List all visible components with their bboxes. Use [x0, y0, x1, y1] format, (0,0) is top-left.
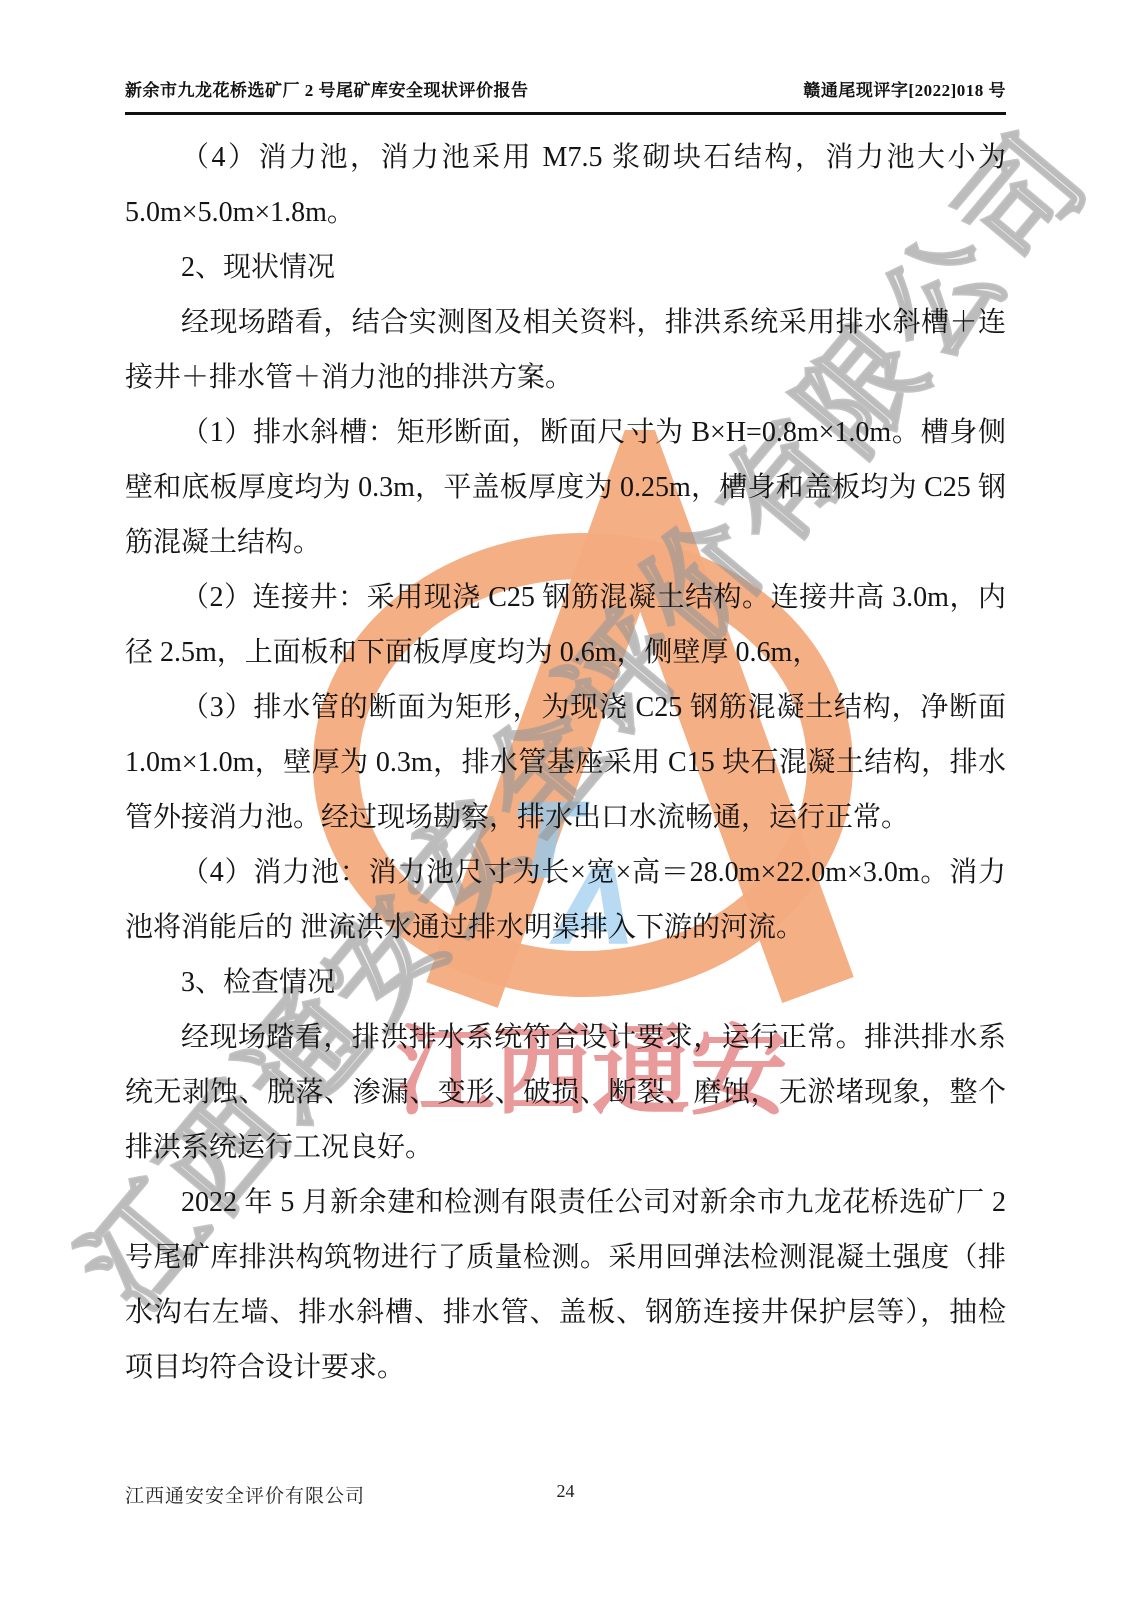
body-paragraph: （1）排水斜槽：矩形断面，断面尺寸为 B×H=0.8m×1.0m。槽身侧壁和底板… [125, 405, 1006, 570]
header-report-title: 新余市九龙花桥选矿厂 2 号尾矿库安全现状评价报告 [125, 76, 529, 101]
document-body: （4）消力池，消力池采用 M7.5 浆砌块石结构，消力池大小为 5.0m×5.0… [125, 130, 1006, 1395]
page-header: 新余市九龙花桥选矿厂 2 号尾矿库安全现状评价报告 赣通尾现评字[2022]01… [125, 76, 1006, 115]
content-layer: 新余市九龙花桥选矿厂 2 号尾矿库安全现状评价报告 赣通尾现评字[2022]01… [0, 0, 1131, 1600]
body-paragraph: 经现场踏看，排洪排水系统符合设计要求，运行正常。排洪排水系统无剥蚀、脱落、渗漏、… [125, 1010, 1006, 1175]
body-paragraph: （2）连接井：采用现浇 C25 钢筋混凝土结构。连接井高 3.0m，内径 2.5… [125, 570, 1006, 680]
body-paragraph: 经现场踏看，结合实测图及相关资料，排洪系统采用排水斜槽＋连接井＋排水管＋消力池的… [125, 295, 1006, 405]
body-paragraph: （3）排水管的断面为矩形，为现浇 C25 钢筋混凝土结构，净断面 1.0m×1.… [125, 680, 1006, 845]
body-paragraph: 2、现状情况 [125, 240, 1006, 295]
body-paragraph: （4）消力池，消力池采用 M7.5 浆砌块石结构，消力池大小为 5.0m×5.0… [125, 130, 1006, 240]
body-paragraph: （4）消力池：消力池尺寸为长×宽×高＝28.0m×22.0m×3.0m。消力池将… [125, 845, 1006, 955]
body-paragraph: 2022 年 5 月新余建和检测有限责任公司对新余市九龙花桥选矿厂 2 号尾矿库… [125, 1175, 1006, 1395]
footer-page-number: 24 [0, 1481, 1131, 1502]
body-paragraph: 3、检查情况 [125, 955, 1006, 1010]
header-doc-number: 赣通尾现评字[2022]018 号 [803, 76, 1006, 101]
document-page: T A 江西通安安全评价有限公司 江西通安 新余市九龙花桥选矿厂 2 号尾矿库安… [0, 0, 1131, 1600]
